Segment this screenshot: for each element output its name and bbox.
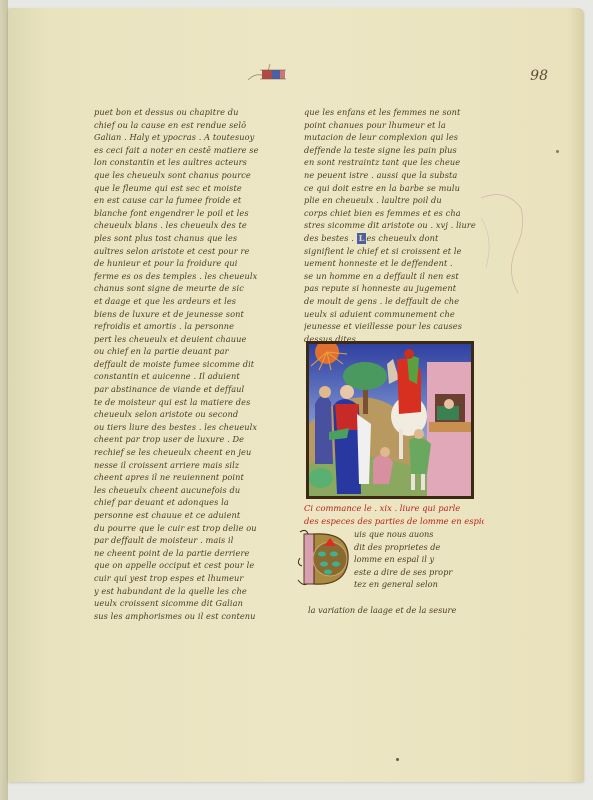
text-line: corps chiet bien es femmes et es cha: [304, 207, 482, 220]
manuscript-page: 98 puet bon et dessus ou chapitre du chi…: [8, 8, 584, 782]
text-line: et daage et que les ardeurs et les: [94, 295, 278, 308]
text-line: ne peuent istre . aussi que la substa: [304, 169, 482, 182]
text-line: que on appelle occiput et cest pour le: [94, 559, 278, 572]
chapter-opening-text: uis que nous auons dit des proprietes de…: [354, 528, 480, 591]
text-column-left: puet bon et dessus ou chapitre du chief …: [94, 106, 278, 622]
text-line: deffault de moiste fumee sicomme dit: [94, 358, 278, 371]
text-line: ou chief en la partie deuant par: [94, 345, 278, 358]
binding-edge: [0, 0, 8, 800]
text-line: les cheueulx cheent aucunefois du: [94, 484, 278, 497]
text-line: dit des proprietes de: [354, 541, 480, 554]
text-line: te de moisteur qui est la matiere des: [94, 396, 278, 409]
text-line: lomme en espal il y: [354, 553, 480, 566]
text-line: rechief se les cheueulx cheent en jeu: [94, 446, 278, 459]
text-line: tez en general selon: [354, 578, 480, 591]
decorated-initial-inline: L: [357, 233, 367, 244]
text-line: lon constantin et les aultres acteurs: [94, 156, 278, 169]
text-line: cuir qui yest trop espes et lhumeur: [94, 572, 278, 585]
text-line: ueulx croissent sicomme dit Galian: [94, 597, 278, 610]
text-line: ou tiers liure des bestes . les cheueulx: [94, 421, 278, 434]
text-line: chief par deuant et adonques la: [94, 496, 278, 509]
text-line: stres sicomme dit aristote ou . xvj . li…: [304, 219, 482, 232]
text-line: uis que nous auons: [354, 528, 480, 541]
text-line: deffende la teste signe les pain plus: [304, 144, 482, 157]
rubric-heading: Ci commance le . xix . liure qui parle d…: [304, 502, 484, 527]
text-line: des bestes . Les cheueulx dont: [304, 232, 482, 245]
text-line: pert les cheueulx et deuient chauue: [94, 333, 278, 346]
text-line: y est habundant de la quelle les che: [94, 585, 278, 598]
text-line: blanche font engendrer le poil et les: [94, 207, 278, 220]
text-line: este a dire de ses propr: [354, 566, 480, 579]
text-line: en sont restraintz tant que les cheue: [304, 156, 482, 169]
text-line: nesse il croissent arriere mais silz: [94, 459, 278, 472]
decorated-header-flourish-icon: [246, 64, 292, 84]
text-line: que les enfans et les femmes ne sont: [304, 106, 482, 119]
rubric-line: Ci commance le . xix . liure qui parle: [304, 502, 484, 515]
text-line: que le fleume qui est sec et moiste: [94, 182, 278, 195]
text-line: mutacion de leur complexion qui les: [304, 131, 482, 144]
folio-number: 98: [530, 68, 548, 84]
text-line: uement honneste et le deffendent .: [304, 257, 482, 270]
miniature-scene-icon: [309, 344, 471, 496]
text-line: ferme es os des temples . les cheueulx: [94, 270, 278, 283]
text-line: puet bon et dessus ou chapitre du: [94, 106, 278, 119]
text-line: point chanues pour lhumeur et la: [304, 119, 482, 132]
text-line: pas repute si honneste au jugement: [304, 282, 482, 295]
illuminated-miniature: [306, 341, 474, 499]
text-line: de moult de gens . le deffault de che: [304, 295, 482, 308]
text-line: chief ou la cause en est rendue selō: [94, 119, 278, 132]
parchment-stain: [396, 758, 399, 761]
text-line: plie en cheueulx . laultre poil du: [304, 194, 482, 207]
text-line: par abstinance de viande et deffaul: [94, 383, 278, 396]
text-line: que les cheueulx sont chanus pource: [94, 169, 278, 182]
text-line-part: des bestes .: [304, 233, 354, 243]
text-line: aultres selon aristote et cest pour re: [94, 245, 278, 258]
text-line: de hunieur et pour la froidure qui: [94, 257, 278, 270]
text-line: biens de luxure et de jeunesse sont: [94, 308, 278, 321]
text-line: sus les amphorismes ou il est contenu: [94, 610, 278, 623]
marginal-sketch-icon: [476, 188, 536, 298]
text-line: es ceci fait a noter en cestē matiere se: [94, 144, 278, 157]
text-line: signifient le chief et si croissent et l…: [304, 245, 482, 258]
text-line: Galian . Haly et ypocras . A toutesuoy: [94, 131, 278, 144]
text-line: chanus sont signe de meurte de sic: [94, 282, 278, 295]
text-line: cheent par trop user de luxure . De: [94, 433, 278, 446]
text-column-right: que les enfans et les femmes ne sont poi…: [304, 106, 482, 345]
text-line: jeunesse et vieillesse pour les causes: [304, 320, 482, 333]
text-line: la variation de laage et de la sesure: [308, 604, 484, 617]
text-line: constantin et auicenne . Il aduient: [94, 370, 278, 383]
text-line: refroidis et amortis . la personne: [94, 320, 278, 333]
text-line: ples sont plus tost chanus que les: [94, 232, 278, 245]
text-line: ne cheent point de la partie derriere: [94, 547, 278, 560]
parchment-stain: [556, 150, 559, 153]
text-line: ueulx si aduient communement che: [304, 308, 482, 321]
text-line: en est cause car la fumee froide et: [94, 194, 278, 207]
text-line: se un homme en a deffault il nen est: [304, 270, 482, 283]
text-line: cheueulx selon aristote ou second: [94, 408, 278, 421]
text-line: cheueulx blans . les cheueulx des te: [94, 219, 278, 232]
text-line: cheent apres il ne reuiennent point: [94, 471, 278, 484]
text-line-part: es cheueulx dont: [366, 233, 438, 243]
text-line: par deffault de moisteur . mais il: [94, 534, 278, 547]
text-line: ce qui doit estre en la barbe se mulu: [304, 182, 482, 195]
decorated-initial-p-icon: [296, 528, 352, 590]
text-line: du pourre que le cuir est trop delie ou: [94, 522, 278, 535]
rubric-line: des especes des parties de lomme en espi…: [304, 515, 484, 528]
text-line: personne est chauue et ce aduient: [94, 509, 278, 522]
